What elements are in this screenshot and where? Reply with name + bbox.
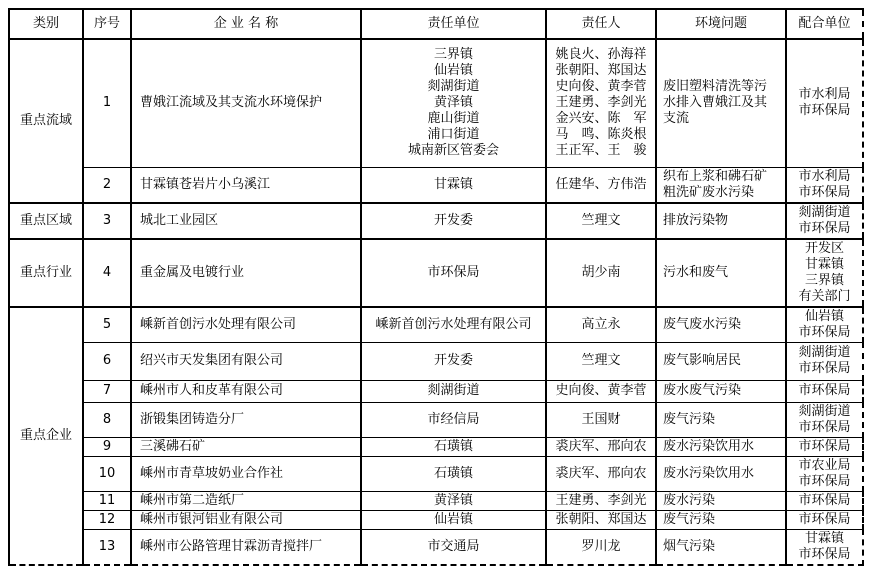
- category-cell: 重点流域: [9, 39, 83, 203]
- environment-problem-cell: 废水废气污染: [656, 380, 786, 402]
- category-cell: 重点行业: [9, 239, 83, 307]
- cooperating-unit-cell: 剡湖街道 市环保局: [786, 402, 863, 437]
- cooperating-unit-cell: 剡湖街道 市环保局: [786, 203, 863, 239]
- enterprise-cell: 城北工业园区: [131, 203, 361, 239]
- environment-problem-cell: 烟气污染: [656, 529, 786, 544]
- cooperating-unit-cell: 市环保局: [786, 437, 863, 456]
- responsible-unit-cell: 石璜镇: [361, 437, 546, 456]
- cooperating-unit-cell: 开发区 甘霖镇 三界镇 有关部门: [786, 239, 863, 307]
- cooperating-unit-cell: 甘霖镇 市环保局: [786, 529, 863, 544]
- table-row: 13嵊州市公路管理甘霖沥青搅拌厂市交通局罗川龙烟气污染甘霖镇 市环保局: [9, 529, 863, 544]
- cooperating-unit-cell: 剡湖街道 市环保局: [786, 342, 863, 380]
- table-row: 12嵊州市银河铝业有限公司仙岩镇张朝阳、郑国达废气污染市环保局: [9, 510, 863, 529]
- table-row: 重点区域3城北工业园区开发委竺理文排放污染物剡湖街道 市环保局: [9, 203, 863, 239]
- serial-cell: 7: [83, 380, 131, 402]
- column-header-responsible-unit: 责任单位: [361, 9, 546, 39]
- enterprise-cell: 嵊州市青草坡奶业合作社: [131, 456, 361, 491]
- cooperating-unit-cell: 市环保局: [786, 510, 863, 529]
- enterprise-cell: 嵊新首创污水处理有限公司: [131, 307, 361, 343]
- responsible-unit-cell: 市经信局: [361, 402, 546, 437]
- responsible-unit-cell: 仙岩镇: [361, 510, 546, 529]
- column-header-enterprise: 企 业 名 称: [131, 9, 361, 39]
- responsible-person-cell: 张朝阳、郑国达: [546, 510, 656, 529]
- enterprise-cell: 嵊州市人和皮革有限公司: [131, 380, 361, 402]
- enterprise-cell: 嵊州市第二造纸厂: [131, 491, 361, 510]
- serial-cell: 12: [83, 510, 131, 529]
- table-row: 9三溪砩石矿石璜镇裘庆军、邢向农废水污染饮用水市环保局: [9, 437, 863, 456]
- table-row: 8浙锻集团铸造分厂市经信局王国财废气污染剡湖街道 市环保局: [9, 402, 863, 437]
- responsible-unit-cell: 黄泽镇: [361, 491, 546, 510]
- enterprise-cell: 绍兴市天发集团有限公司: [131, 342, 361, 380]
- header-row: 类别序号企 业 名 称责任单位责任人环境问题配合单位: [9, 9, 863, 39]
- responsible-unit-cell: 市环保局: [361, 239, 546, 307]
- environment-problem-cell: 废水污染饮用水: [656, 456, 786, 491]
- environment-problem-cell: 废气影响居民: [656, 342, 786, 380]
- column-header-responsible-person: 责任人: [546, 9, 656, 39]
- environment-problem-cell: 排放污染物: [656, 203, 786, 239]
- responsible-person-cell: 竺理文: [546, 342, 656, 380]
- responsible-person-cell: 竺理文: [546, 203, 656, 239]
- serial-cell: 6: [83, 342, 131, 380]
- responsible-person-cell: 姚良火、孙海祥 张朝阳、郑国达 史向俊、黄李菅 王建勇、李剑光 金兴安、陈 军 …: [546, 39, 656, 167]
- category-cell: 重点企业: [9, 307, 83, 545]
- enterprise-cell: 甘霖镇苍岩片小乌溪江: [131, 167, 361, 203]
- enterprise-cell: 嵊州市公路管理甘霖沥青搅拌厂: [131, 529, 361, 544]
- serial-cell: 11: [83, 491, 131, 510]
- environment-problem-cell: 废水污染: [656, 491, 786, 510]
- document-sheet: 类别序号企 业 名 称责任单位责任人环境问题配合单位 重点流域1曹娥江流域及其支…: [8, 8, 864, 544]
- serial-cell: 2: [83, 167, 131, 203]
- cooperating-unit-cell: 市水利局 市环保局: [786, 39, 863, 167]
- enterprise-cell: 三溪砩石矿: [131, 437, 361, 456]
- column-header-category: 类别: [9, 9, 83, 39]
- environment-problem-cell: 污水和废气: [656, 239, 786, 307]
- responsible-person-cell: 胡少南: [546, 239, 656, 307]
- serial-cell: 4: [83, 239, 131, 307]
- responsible-unit-cell: 剡湖街道: [361, 380, 546, 402]
- responsible-person-cell: 史向俊、黄李菅: [546, 380, 656, 402]
- environment-problem-cell: 织布上浆和砩石矿粗洗矿废水污染: [656, 167, 786, 203]
- environment-problem-cell: 废水污染饮用水: [656, 437, 786, 456]
- responsible-person-cell: 裘庆军、邢向农: [546, 456, 656, 491]
- table-row: 10嵊州市青草坡奶业合作社石璜镇裘庆军、邢向农废水污染饮用水市农业局 市环保局: [9, 456, 863, 491]
- responsible-unit-cell: 三界镇 仙岩镇 剡湖街道 黄泽镇 鹿山街道 浦口街道 城南新区管委会: [361, 39, 546, 167]
- serial-cell: 13: [83, 529, 131, 544]
- table-row: 重点企业5嵊新首创污水处理有限公司嵊新首创污水处理有限公司高立永废气废水污染仙岩…: [9, 307, 863, 343]
- serial-cell: 1: [83, 39, 131, 167]
- table-row: 11嵊州市第二造纸厂黄泽镇王建勇、李剑光废水污染市环保局: [9, 491, 863, 510]
- column-header-cooperating-unit: 配合单位: [786, 9, 863, 39]
- cooperating-unit-cell: 市环保局: [786, 380, 863, 402]
- serial-cell: 8: [83, 402, 131, 437]
- responsible-person-cell: 高立永: [546, 307, 656, 343]
- responsible-person-cell: 王国财: [546, 402, 656, 437]
- responsible-unit-cell: 嵊新首创污水处理有限公司: [361, 307, 546, 343]
- environment-problem-cell: 废旧塑料清洗等污水排入曹娥江及其支流: [656, 39, 786, 167]
- category-cell: 重点区域: [9, 203, 83, 239]
- enterprise-cell: 曹娥江流域及其支流水环境保护: [131, 39, 361, 167]
- responsible-unit-cell: 甘霖镇: [361, 167, 546, 203]
- column-header-serial: 序号: [83, 9, 131, 39]
- column-header-environment-problem: 环境问题: [656, 9, 786, 39]
- table-row: 6绍兴市天发集团有限公司开发委竺理文废气影响居民剡湖街道 市环保局: [9, 342, 863, 380]
- cooperating-unit-cell: 市农业局 市环保局: [786, 456, 863, 491]
- serial-cell: 10: [83, 456, 131, 491]
- cooperating-unit-cell: 仙岩镇 市环保局: [786, 307, 863, 343]
- table-body: 重点流域1曹娥江流域及其支流水环境保护三界镇 仙岩镇 剡湖街道 黄泽镇 鹿山街道…: [9, 39, 863, 544]
- responsible-person-cell: 任建华、方伟浩: [546, 167, 656, 203]
- environment-responsibility-table: 类别序号企 业 名 称责任单位责任人环境问题配合单位 重点流域1曹娥江流域及其支…: [8, 8, 864, 544]
- responsible-unit-cell: 石璜镇: [361, 456, 546, 491]
- serial-cell: 3: [83, 203, 131, 239]
- enterprise-cell: 浙锻集团铸造分厂: [131, 402, 361, 437]
- responsible-unit-cell: 市交通局: [361, 529, 546, 544]
- table-row: 7嵊州市人和皮革有限公司剡湖街道史向俊、黄李菅废水废气污染市环保局: [9, 380, 863, 402]
- environment-problem-cell: 废气污染: [656, 510, 786, 529]
- enterprise-cell: 嵊州市银河铝业有限公司: [131, 510, 361, 529]
- table-row: 重点行业4重金属及电镀行业市环保局胡少南污水和废气开发区 甘霖镇 三界镇 有关部…: [9, 239, 863, 307]
- cooperating-unit-cell: 市水利局 市环保局: [786, 167, 863, 203]
- responsible-person-cell: 罗川龙: [546, 529, 656, 544]
- serial-cell: 9: [83, 437, 131, 456]
- table-row: 2甘霖镇苍岩片小乌溪江甘霖镇任建华、方伟浩织布上浆和砩石矿粗洗矿废水污染市水利局…: [9, 167, 863, 203]
- cooperating-unit-cell: 市环保局: [786, 491, 863, 510]
- responsible-unit-cell: 开发委: [361, 342, 546, 380]
- responsible-person-cell: 裘庆军、邢向农: [546, 437, 656, 456]
- responsible-unit-cell: 开发委: [361, 203, 546, 239]
- environment-problem-cell: 废气污染: [656, 402, 786, 437]
- environment-problem-cell: 废气废水污染: [656, 307, 786, 343]
- enterprise-cell: 重金属及电镀行业: [131, 239, 361, 307]
- serial-cell: 5: [83, 307, 131, 343]
- responsible-person-cell: 王建勇、李剑光: [546, 491, 656, 510]
- table-row: 重点流域1曹娥江流域及其支流水环境保护三界镇 仙岩镇 剡湖街道 黄泽镇 鹿山街道…: [9, 39, 863, 167]
